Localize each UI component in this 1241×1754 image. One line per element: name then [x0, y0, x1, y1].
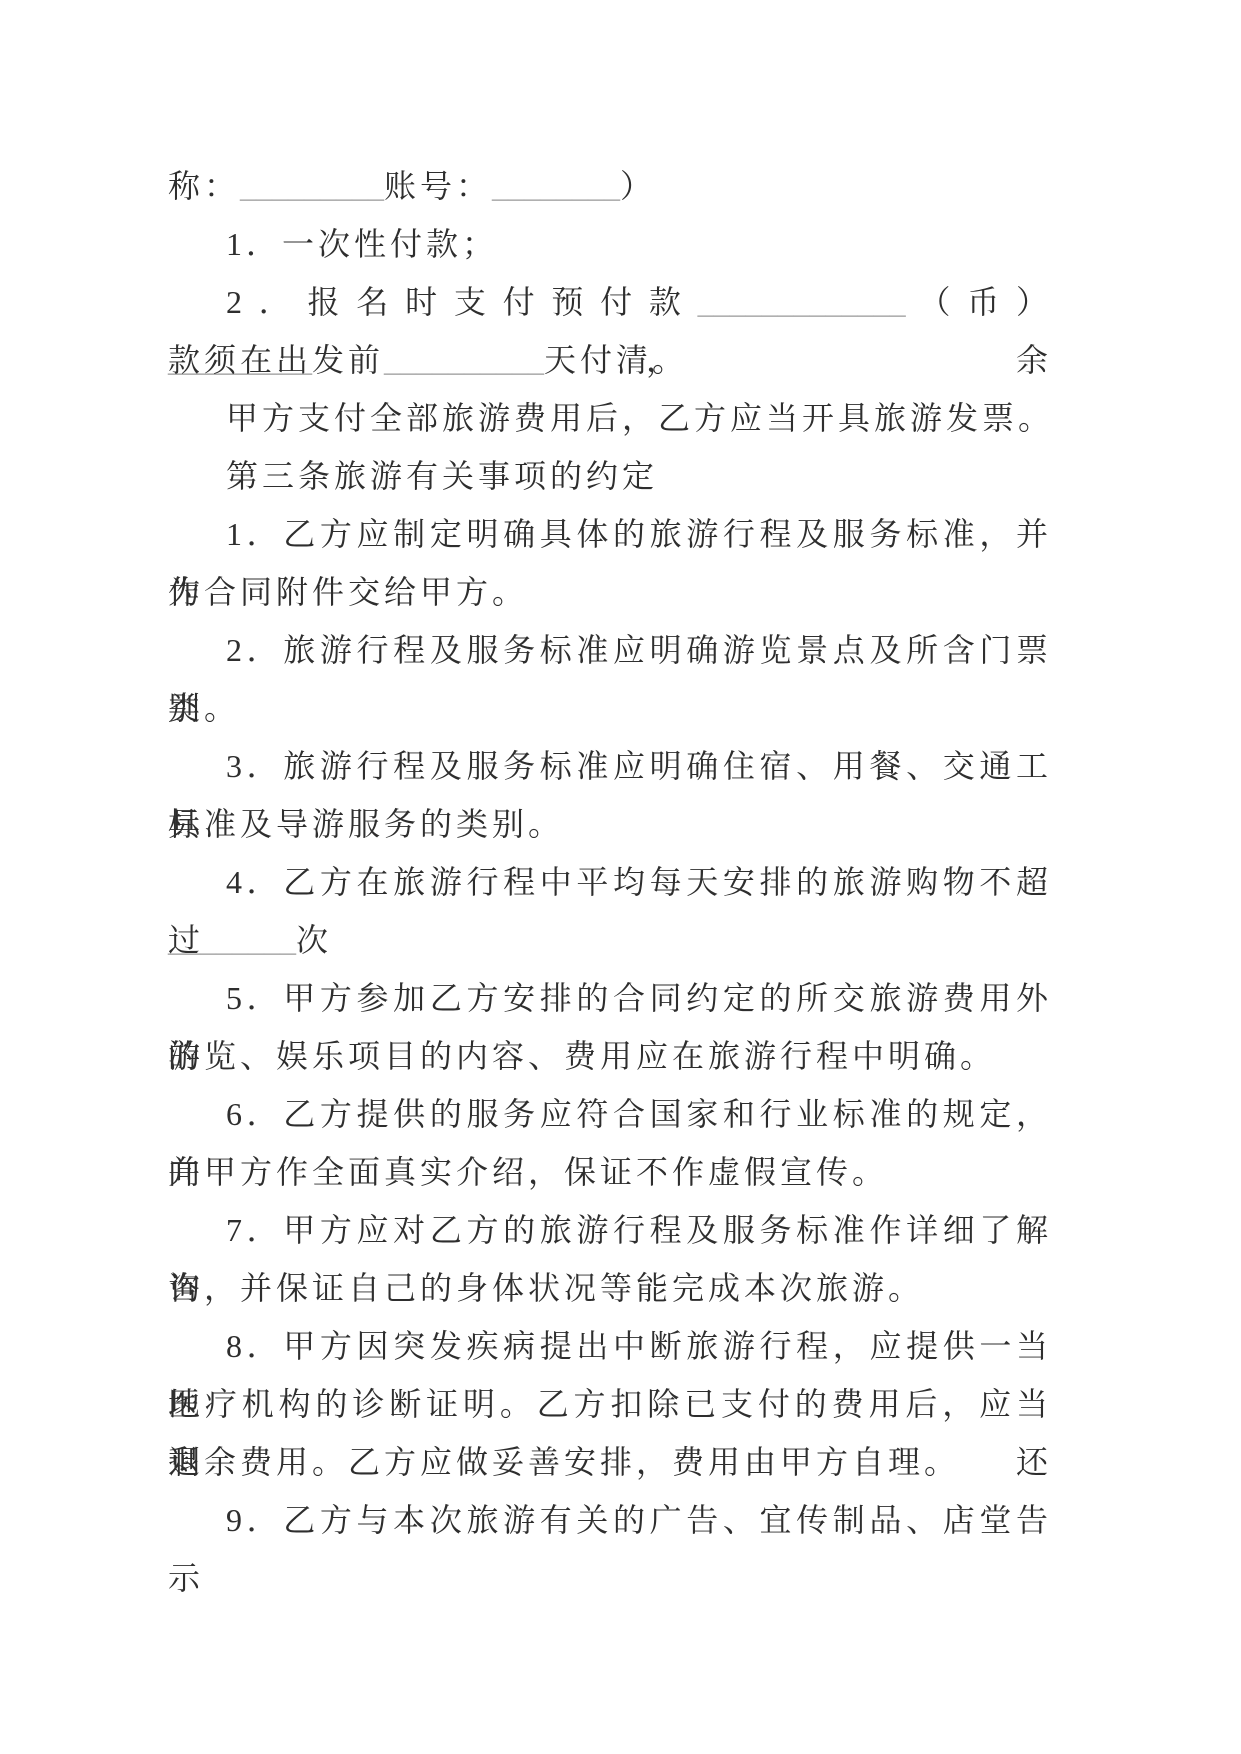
doc-line: 4．乙方在旅游行程中平均每天安排的旅游购物不超过: [168, 853, 1052, 911]
contract-text-block: 称：_________账号：________） 1．一次性付款； 2．报名时支付…: [168, 157, 1052, 1549]
blank-field: ________: [168, 922, 296, 958]
doc-line: 1．乙方应制定明确具体的旅游行程及服务标准，并作: [168, 505, 1052, 563]
doc-line: 2．旅游行程及服务标准应明确游览景点及所含门票类: [168, 621, 1052, 679]
blank-field: _________: [240, 168, 384, 204]
line-text: （币）: [906, 284, 1052, 320]
doc-line: 1．一次性付款；: [168, 215, 1052, 273]
doc-line: 5．甲方参加乙方安排的合同约定的所交旅游费用外的: [168, 969, 1052, 1027]
doc-line: 向甲方作全面真实介绍，保证不作虚假宣传。: [168, 1143, 1052, 1201]
doc-line: 医疗机构的诊断证明。乙方扣除已支付的费用后，应当退还: [168, 1375, 1052, 1433]
blank-field: __________: [384, 342, 544, 378]
doc-line: 询，并保证自己的身体状况等能完成本次旅游。: [168, 1259, 1052, 1317]
doc-line: 剩余费用。乙方应做妥善安排，费用由甲方自理。: [168, 1433, 1052, 1491]
line-text: ）: [620, 168, 656, 204]
line-text: 称：: [168, 168, 240, 204]
doc-line: 9．乙方与本次旅游有关的广告、宜传制品、店堂告示: [168, 1491, 1052, 1549]
doc-line: 为合同附件交给甲方。: [168, 563, 1052, 621]
line-text: 2．报名时支付预付款: [226, 284, 698, 320]
document-page: 称：_________账号：________） 1．一次性付款； 2．报名时支付…: [0, 0, 1241, 1754]
doc-line: 甲方支付全部旅游费用后，乙方应当开具旅游发票。: [168, 389, 1052, 447]
doc-line: 3．旅游行程及服务标准应明确住宿、用餐、交通工具: [168, 737, 1052, 795]
line-text: 天付清。: [544, 342, 688, 378]
blank-field: _____________: [698, 284, 906, 320]
doc-line: 8．甲方因突发疾病提出中断旅游行程，应提供一当地: [168, 1317, 1052, 1375]
line-text: 次: [296, 922, 332, 958]
doc-line: 6．乙方提供的服务应符合国家和行业标准的规定，并: [168, 1085, 1052, 1143]
doc-line: 别。: [168, 679, 1052, 737]
clause-3-heading: 第三条旅游有关事项的约定: [168, 447, 1052, 505]
doc-line: 2．报名时支付预付款_____________（币）_________，余: [168, 273, 1052, 331]
line-text: 账号：: [384, 168, 492, 204]
doc-line: ________次: [168, 911, 1052, 969]
doc-line: 7．甲方应对乙方的旅游行程及服务标准作详细了解咨: [168, 1201, 1052, 1259]
doc-line: 称：_________账号：________）: [168, 157, 1052, 215]
doc-line: 游览、娱乐项目的内容、费用应在旅游行程中明确。: [168, 1027, 1052, 1085]
doc-line: 标准及导游服务的类别。: [168, 795, 1052, 853]
line-text: 款须在出发前: [168, 342, 384, 378]
blank-field: ________: [492, 168, 620, 204]
